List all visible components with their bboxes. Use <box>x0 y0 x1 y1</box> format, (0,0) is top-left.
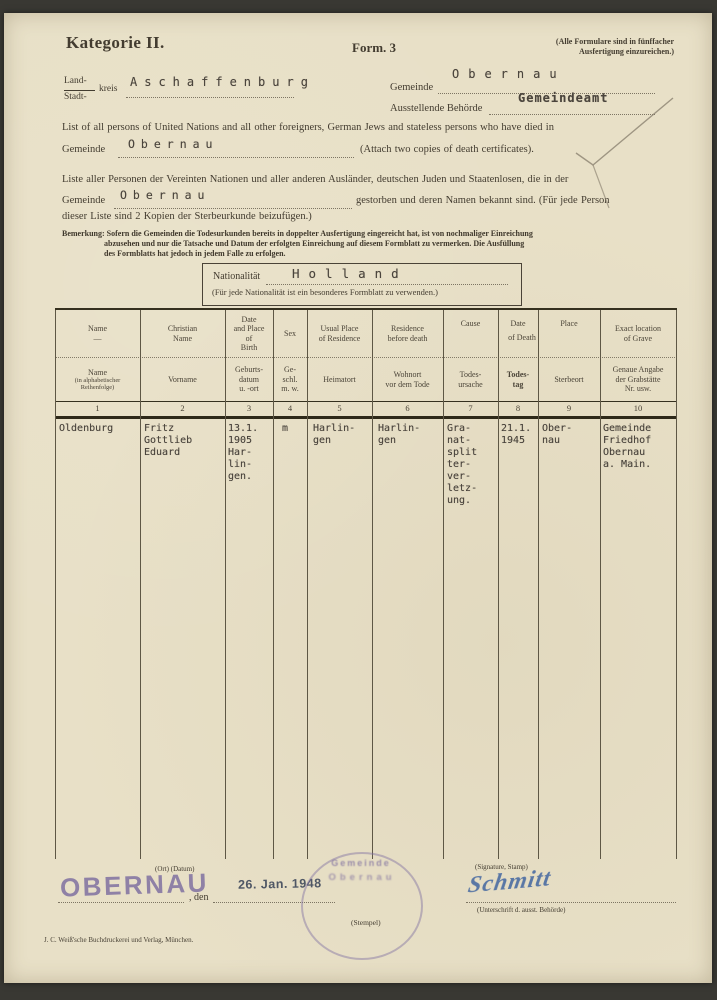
col-header-de-name-main: Name <box>88 368 107 378</box>
kreis-value: Aschaffenburg <box>130 75 315 89</box>
stadt-label: Stadt- <box>64 92 87 102</box>
remark-label: Bemerkung: <box>62 229 105 238</box>
col-number-4: 4 <box>274 402 306 415</box>
table-top-rule <box>55 308 677 310</box>
col-header-de-grabstaette: Genaue Angabe der Grabstätte Nr. usw. <box>601 359 675 400</box>
remark-line1: Bemerkung: Sofern die Gemeinden die Tode… <box>62 229 676 239</box>
row-cell-christian-name: Fritz Gottlieb Eduard <box>144 423 192 459</box>
document-sheet: Kategorie II. Form. 3 (Alle Formulare si… <box>4 13 712 983</box>
intro-en-dotted-line <box>118 157 354 158</box>
kreis-dotted-line <box>126 97 294 98</box>
remark-line1-text: Sofern die Gemeinden die Todesurkunden b… <box>107 229 533 238</box>
col-header-en-sex: Sex <box>274 312 306 355</box>
copies-note-line2: Ausfertigung einzureichen.) <box>579 47 674 56</box>
row-cell-death-place: Ober- nau <box>542 423 572 447</box>
copies-note: (Alle Formulare sind in fünffacher Ausfe… <box>478 37 674 56</box>
behoerde-label: Ausstellende Behörde <box>390 103 482 114</box>
nationality-value: Holland <box>292 266 408 281</box>
col-number-3: 3 <box>226 402 272 415</box>
row-cell-cause: Gra- nat- split ter- ver- letz- ung. <box>447 423 477 507</box>
intro-de-dotted-line <box>114 208 352 209</box>
row-cell-residence-before-death: Harlin- gen <box>378 423 420 447</box>
round-stamp-circle <box>301 852 423 960</box>
col-header-de-todestag: Todes- tag <box>499 359 537 400</box>
unterschrift-label: (Unterschrift d. ausst. Behörde) <box>477 906 565 914</box>
intro-de-line3: dieser Liste sind 2 Kopien der Sterbeurk… <box>62 211 312 222</box>
col-header-en-residence: Usual Place of Residence <box>308 312 371 355</box>
row-cell-residence: Harlin- gen <box>313 423 355 447</box>
row-cell-sex: m <box>282 423 288 435</box>
col-number-6: 6 <box>373 402 442 415</box>
col-header-en-name: Name — <box>56 312 139 355</box>
signature-dotted-line <box>466 902 676 903</box>
intro-de-gemeinde-label: Gemeinde <box>62 195 105 206</box>
col-header-en-grave: Exact location of Grave <box>601 312 675 355</box>
col-number-8: 8 <box>499 402 537 415</box>
printer-imprint: J. C. Weiß'sche Buchdruckerei und Verlag… <box>44 936 193 944</box>
row-cell-death-date: 21.1. 1945 <box>501 423 531 447</box>
nationality-note: (Für jede Nationalität ist ein besondere… <box>212 287 438 297</box>
ort-datum-label: (Ort) (Datum) <box>155 865 194 873</box>
intro-en-gemeinde-label: Gemeinde <box>62 144 105 155</box>
col-header-de-sterbeort: Sterbeort <box>539 359 599 400</box>
kreis-label: kreis <box>99 84 117 94</box>
copies-note-line1: (Alle Formulare sind in fünffacher <box>556 37 674 46</box>
col-header-de-name-sub: (in alphabetischer Reihenfolge) <box>75 377 121 391</box>
table-header-dotted-rule <box>55 357 677 358</box>
col-number-1: 1 <box>56 402 139 415</box>
col-number-9: 9 <box>539 402 599 415</box>
col-number-7: 7 <box>444 402 497 415</box>
row-cell-birth: 13.1. 1905 Har- lin- gen. <box>228 423 258 483</box>
intro-en-attach-note: (Attach two copies of death certificates… <box>360 144 534 155</box>
place-dotted-line <box>58 902 184 903</box>
pencil-checkmark <box>560 85 690 215</box>
remark-line2: abzusehen und nur die Tatsache und Datum… <box>104 239 676 249</box>
col-header-en-residence-before-death: Residence before death <box>373 312 442 355</box>
row-cell-name: Oldenburg <box>59 423 113 435</box>
col-header-de-name: Name (in alphabetischer Reihenfolge) <box>56 359 139 400</box>
round-stamp-text-line2: Obernau <box>322 872 402 883</box>
col-header-en-christian-name: Christian Name <box>141 312 224 355</box>
nationality-dotted-line <box>266 284 508 285</box>
col-number-2: 2 <box>141 402 224 415</box>
col-header-en-of-death-shared: of Death <box>444 333 600 342</box>
round-stamp-text-line1: Gemeinde <box>326 858 396 868</box>
col-number-10: 10 <box>601 402 675 415</box>
form-number: Form. 3 <box>352 40 396 56</box>
col-number-5: 5 <box>308 402 371 415</box>
den-label: , den <box>189 892 208 903</box>
nationality-label: Nationalität <box>213 271 260 282</box>
table-heavy-rule <box>55 416 677 419</box>
category-title: Kategorie II. <box>66 33 165 53</box>
col-header-de-vorname: Vorname <box>141 359 224 400</box>
col-header-de-geschlecht: Ge- schl. m. w. <box>274 359 306 400</box>
col-header-en-birth: Date and Place of Birth <box>226 312 272 355</box>
col-header-de-heimatort: Heimatort <box>308 359 371 400</box>
col-header-de-wohnort: Wohnort vor dem Tode <box>373 359 442 400</box>
fraction-line <box>64 90 95 91</box>
scanned-document-photo: { "header": { "category": "Kategorie II.… <box>0 0 717 1000</box>
col-header-de-geburtsdatum: Geburts- datum u. -ort <box>226 359 272 400</box>
table-vline <box>676 310 677 859</box>
col-header-de-todesursache: Todes- ursache <box>444 359 497 400</box>
stempel-label: (Stempel) <box>351 918 381 927</box>
intro-en-gemeinde-value: Obernau <box>128 137 218 151</box>
gemeinde-value: Obernau <box>452 67 566 81</box>
remark-line3: des Formblatts hat jedoch in jedem Falle… <box>104 249 286 259</box>
gemeinde-label: Gemeinde <box>390 82 433 93</box>
land-label: Land- <box>64 76 87 86</box>
intro-de-gemeinde-value: Obernau <box>120 188 210 202</box>
row-cell-grave-location: Gemeinde Friedhof Obernau a. Main. <box>603 423 651 471</box>
